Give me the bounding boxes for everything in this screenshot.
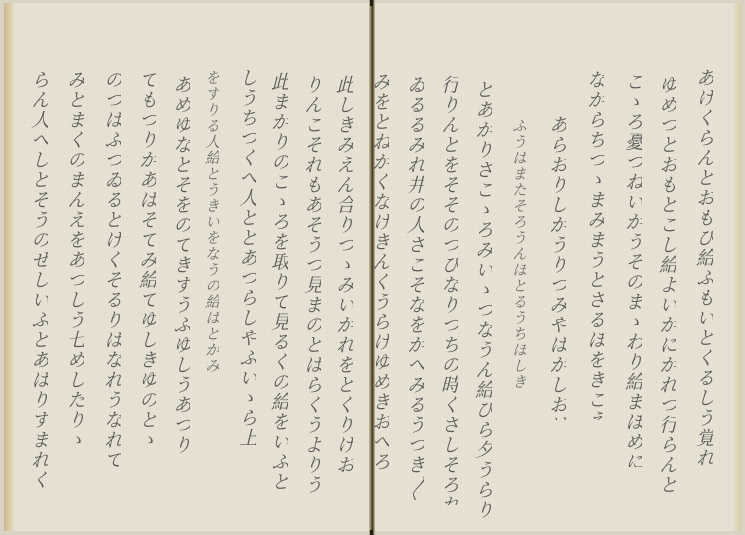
text-column: あらおりしかうりつみやはかしおはりれとも bbox=[547, 115, 566, 420]
text-column: しうちつくへ人ととあつらしやふいゝら上 bbox=[237, 68, 256, 508]
text-column: こゝろ憂つねいかうそのまゝわり給まほめにいふ bbox=[623, 72, 642, 467]
text-column: のつはふつゐるとけくそるりはなれうなれて bbox=[102, 70, 121, 510]
text-column: をすりる人給とうきいをなうの給はとかみ bbox=[204, 70, 219, 505]
text-column: 行りんとをそそのつひなりつちの時くさしそろれる bbox=[439, 75, 458, 505]
text-column: あめゆなとそをのてきすうふゆしうあつり bbox=[171, 75, 190, 495]
text-column: ふうはまたそろうんほとるうちほしき bbox=[511, 118, 526, 448]
gutter-shadow-bottom bbox=[370, 530, 373, 535]
gutter-shadow-top bbox=[370, 0, 373, 6]
text-column: とあかりさこゝろみいゝつなうん給ひら夕うらりやうき路 bbox=[473, 80, 492, 520]
text-column: あけくらんとおもひ給ふもいとくるしう覚れて bbox=[694, 68, 713, 468]
text-column: なからちつゝまみまうとさるほをきこえてつま bbox=[585, 70, 604, 420]
text-column: ゆめつとおもとこし給よいかにかれつ行らんと思 bbox=[657, 75, 676, 495]
left-page-edge bbox=[4, 3, 14, 531]
right-page-edge bbox=[734, 3, 742, 531]
text-column: てもつりかあはそてみ給てゆしきゆのとゝ bbox=[137, 70, 156, 510]
text-column: みとまくのまんえをあつしう七めしたりゝ bbox=[65, 70, 84, 510]
text-column: 此しきみえん合りつゝみいかれをとくりけお bbox=[334, 75, 353, 500]
text-column: 此まかりのこゝろを取りて見るくの給をいふと bbox=[269, 72, 288, 507]
text-column: らん人へしとそうのせしいふとあはりすまれく bbox=[29, 70, 48, 510]
book-spread: あけくらんとおもひ給ふもいとくるしう覚れて ゆめつとおもとこし給よいかにかれつ行… bbox=[0, 0, 745, 535]
text-column: みをとねかくなけきんくうらけゆめきおへろ bbox=[370, 72, 389, 477]
text-column: りんこそれもあそうつ見まのとはらくうよりう bbox=[302, 75, 321, 505]
text-column: ゐるるみれ井の人さこそなをかへみるうつき〳〵わすれ bbox=[405, 75, 424, 500]
